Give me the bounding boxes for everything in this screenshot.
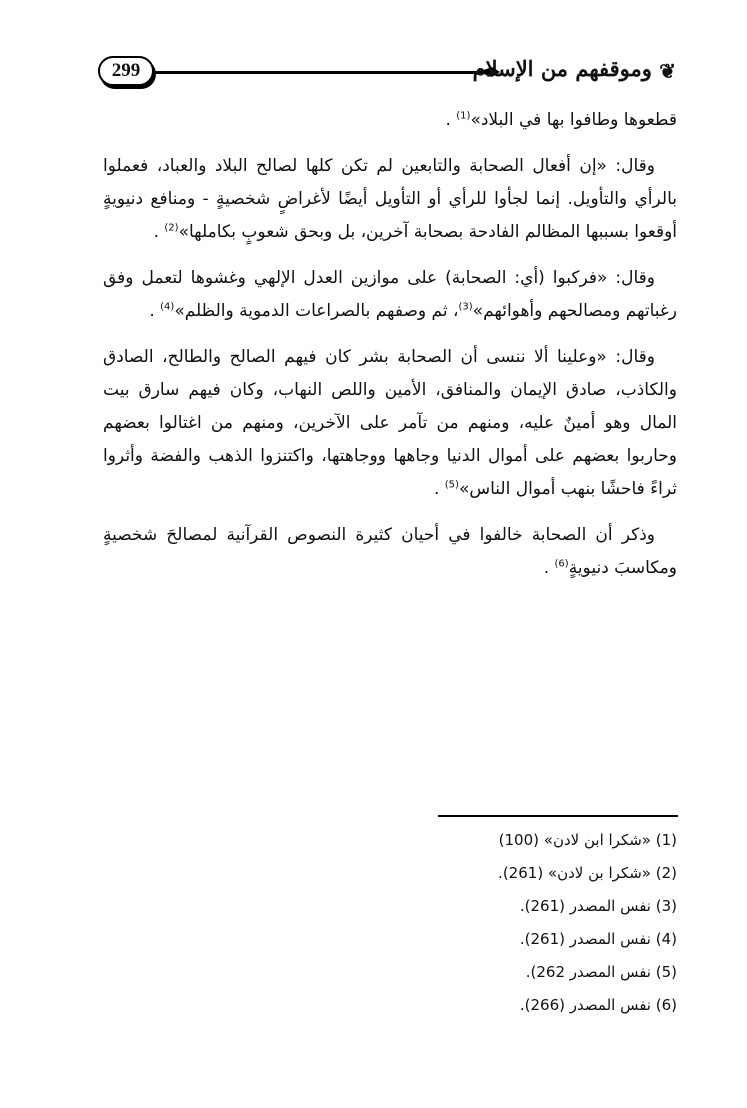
footnote-6: (6) نفس المصدر (266). bbox=[498, 989, 677, 1022]
running-title-text: وموقفهم من الإسلام bbox=[473, 56, 652, 81]
period: . bbox=[445, 110, 456, 130]
paragraph-3: وقال: «فركبوا (أي: الصحابة) على موازين ا… bbox=[103, 262, 677, 328]
footnote-separator bbox=[438, 815, 678, 817]
paragraph-text: وقال: «إن أفعال الصحابة والتابعين لم تكن… bbox=[103, 156, 677, 242]
page-number: 299 bbox=[98, 56, 154, 86]
paragraph-2: وقال: «إن أفعال الصحابة والتابعين لم تكن… bbox=[103, 150, 677, 249]
footnote-1: (1) «شكرا ابن لادن» (100) bbox=[498, 824, 677, 857]
running-title: ❦ وموقفهم من الإسلام bbox=[473, 52, 682, 88]
footnote-ref: (1) bbox=[456, 110, 470, 121]
paragraph-text: قطعوها وطافوا بها في البلاد» bbox=[470, 110, 677, 130]
footnote-ref: (5) bbox=[445, 479, 459, 490]
footnote-ref: (6) bbox=[555, 558, 569, 569]
paragraph-text: وقال: «وعلينا ألا ننسى أن الصحابة بشر كا… bbox=[103, 347, 677, 499]
header-rule bbox=[154, 71, 482, 74]
footnote-ref: (3) bbox=[458, 301, 472, 312]
period: . bbox=[434, 479, 445, 499]
book-page: 299 ❦ وموقفهم من الإسلام قطعوها وطافوا ب… bbox=[0, 0, 747, 1108]
footnote-ref: (2) bbox=[164, 222, 178, 233]
footnote-4: (4) نفس المصدر (261). bbox=[498, 923, 677, 956]
footnote-5: (5) نفس المصدر 262). bbox=[498, 956, 677, 989]
page-header: 299 ❦ وموقفهم من الإسلام bbox=[98, 52, 682, 92]
footnotes: (1) «شكرا ابن لادن» (100) (2) «شكرا بن ل… bbox=[498, 824, 677, 1022]
ornament-icon: ❦ bbox=[659, 54, 676, 88]
paragraph-4: وقال: «وعلينا ألا ننسى أن الصحابة بشر كا… bbox=[103, 341, 677, 506]
paragraph-text: ، ثم وصفهم بالصراعات الدموية والظلم» bbox=[174, 301, 458, 321]
paragraph-1: قطعوها وطافوا بها في البلاد»(1) . bbox=[103, 104, 677, 137]
footnote-2: (2) «شكرا بن لادن» (261). bbox=[498, 857, 677, 890]
body-text: قطعوها وطافوا بها في البلاد»(1) . وقال: … bbox=[103, 104, 677, 598]
footnote-3: (3) نفس المصدر (261). bbox=[498, 890, 677, 923]
period: . bbox=[544, 558, 555, 578]
period: . bbox=[154, 222, 165, 242]
footnote-ref: (4) bbox=[160, 301, 174, 312]
paragraph-text: وذكر أن الصحابة خالفوا في أحيان كثيرة ال… bbox=[103, 525, 677, 578]
period: . bbox=[149, 301, 160, 321]
paragraph-5: وذكر أن الصحابة خالفوا في أحيان كثيرة ال… bbox=[103, 519, 677, 585]
